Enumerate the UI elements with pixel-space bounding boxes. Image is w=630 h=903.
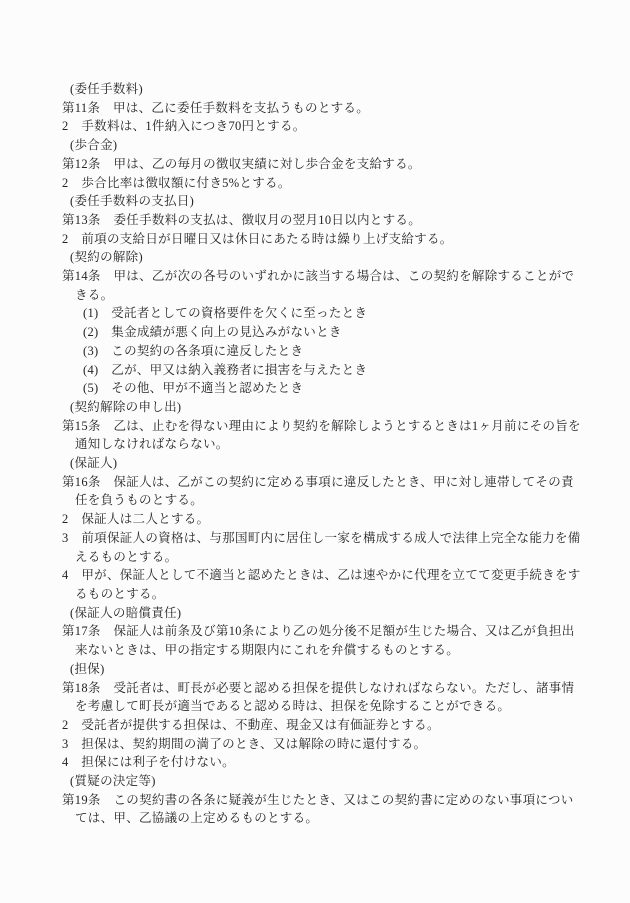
document-line: 第16条 保証人は、乙がこの契約に定める事項に違反したとき、甲に対し連帯してその… <box>62 473 582 492</box>
document-body: (委任手数料)第11条 甲は、乙に委任手数料を支払うものとする。2 手数料は、1… <box>62 80 582 828</box>
document-line: (保証人) <box>62 454 582 473</box>
document-line: 2 受託者が提供する担保は、不動産、現金又は有価証券とする。 <box>62 716 582 735</box>
document-line: 3 担保は、契約期間の満了のとき、又は解除の時に還付する。 <box>62 735 582 754</box>
document-line: (2) 集金成績が悪く向上の見込みがないとき <box>62 323 582 342</box>
document-line: るものとする。 <box>62 585 582 604</box>
document-line: (担保) <box>62 660 582 679</box>
document-line: (委任手数料の支払日) <box>62 192 582 211</box>
document-line: (3) この契約の各条項に違反したとき <box>62 342 582 361</box>
document-line: 2 前項の支給日が日曜日又は休日にあたる時は繰り上げ支給する。 <box>62 230 582 249</box>
document-line: 任を負うものとする。 <box>62 491 582 510</box>
document-line: 3 前項保証人の資格は、与那国町内に居住し一家を構成する成人で法律上完全な能力を… <box>62 529 582 548</box>
document-line: 第11条 甲は、乙に委任手数料を支払うものとする。 <box>62 99 582 118</box>
document-line: 通知しなければならない。 <box>62 435 582 454</box>
document-line: (委任手数料) <box>62 80 582 99</box>
document-line: 第18条 受託者は、町長が必要と認める担保を提供しなければならない。ただし、諸事… <box>62 679 582 698</box>
document-line: (契約の解除) <box>62 248 582 267</box>
document-line: を考慮して町長が適当であると認める時は、担保を免除することができる。 <box>62 697 582 716</box>
document-line: ては、甲、乙協議の上定めるものとする。 <box>62 809 582 828</box>
document-line: (保証人の賠償責任) <box>62 604 582 623</box>
document-line: 第13条 委任手数料の支払は、徴収月の翌月10日以内とする。 <box>62 211 582 230</box>
document-line: (契約解除の申し出) <box>62 398 582 417</box>
document-line: 第19条 この契約書の各条に疑義が生じたとき、又はこの契約書に定めのない事項につ… <box>62 791 582 810</box>
document-line: 来ないときは、甲の指定する期限内にこれを弁償するものとする。 <box>62 641 582 660</box>
document-line: (5) その他、甲が不適当と認めたとき <box>62 379 582 398</box>
document-line: 2 歩合比率は徴収額に付き5%とする。 <box>62 174 582 193</box>
document-line: (4) 乙が、甲又は納入義務者に損害を与えたとき <box>62 361 582 380</box>
document-line: (歩合金) <box>62 136 582 155</box>
document-line: 第15条 乙は、止むを得ない理由により契約を解除しようとするときは1ヶ月前にその… <box>62 417 582 436</box>
document-line: きる。 <box>62 286 582 305</box>
document-line: 2 保証人は二人とする。 <box>62 510 582 529</box>
document-line: えるものとする。 <box>62 548 582 567</box>
document-line: 第12条 甲は、乙の毎月の徴収実績に対し歩合金を支給する。 <box>62 155 582 174</box>
document-page: (委任手数料)第11条 甲は、乙に委任手数料を支払うものとする。2 手数料は、1… <box>0 0 630 903</box>
document-line: 4 甲が、保証人として不適当と認めたときは、乙は速やかに代理を立てて変更手続きを… <box>62 566 582 585</box>
document-line: 2 手数料は、1件納入につき70円とする。 <box>62 117 582 136</box>
document-line: 第17条 保証人は前条及び第10条により乙の処分後不足額が生じた場合、又は乙が負… <box>62 622 582 641</box>
document-line: (1) 受託者としての資格要件を欠くに至ったとき <box>62 304 582 323</box>
document-line: 4 担保には利子を付けない。 <box>62 753 582 772</box>
document-line: 第14条 甲は、乙が次の各号のいずれかに該当する場合は、この契約を解除することが… <box>62 267 582 286</box>
document-line: (質疑の決定等) <box>62 772 582 791</box>
